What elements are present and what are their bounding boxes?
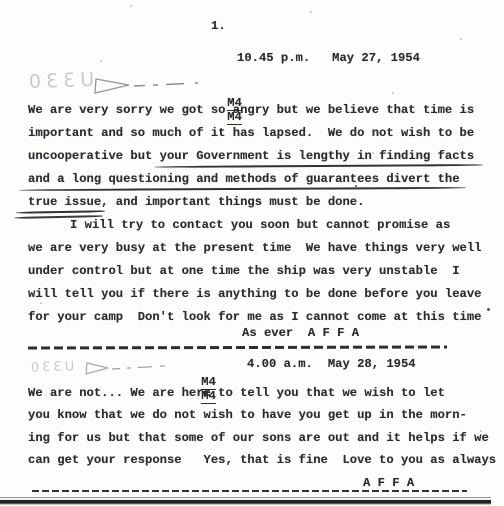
message1-para1-line2: important and so much of it has lapsed. … [28,126,474,140]
line3-plain-text: uncooperative but [28,149,160,163]
spacer [310,51,332,65]
message1-time: 10.45 p.m. [237,51,310,65]
message2-dateline: 4.00 a.m. May 28, 1954 [247,357,416,371]
scan-speckle [487,308,490,311]
scan-speckle [310,11,312,13]
scan-speckle [355,185,357,187]
message2-date: May 28, 1954 [328,357,416,371]
pencil-triangle-icon [86,363,108,374]
message2-time: 4.00 a.m. [247,357,313,371]
line5-underlined-text: true issue [28,195,101,209]
pencil-dash-trail [134,83,198,86]
bottom-divider-dashed [32,490,467,492]
message1-para1-line3: uncooperative but your Government is len… [28,149,474,163]
message1-para2-line1: I will try to contact you soon but canno… [70,218,450,232]
message1-para1-line4: and a long questioning and methods of gu… [28,172,460,186]
scan-speckle [372,152,374,154]
message1-para1-line1: We are very sorry we got so angry but we… [28,103,474,117]
spacer [313,357,328,371]
pencil-dash-trail [112,366,165,369]
line4-underlined-text: and a long questioning and methods of gu… [28,172,460,186]
message1-para1-line5: true issue, and important things must be… [28,195,364,209]
scan-speckle [100,60,102,62]
message2-para1-line1: We are not... We are here to tell you th… [28,386,445,400]
message1-date: May 27, 1954 [332,51,420,65]
scan-speckle [460,38,462,40]
line3-underlined-text: your Government is lengthy in finding fa… [160,149,475,163]
message1-para2-line4: will tell you if there is anything to be… [28,287,481,301]
scan-speckle [415,345,417,347]
section-divider-dashed [28,345,447,349]
scanned-letter-page: 1. 10.45 p.m. May 27, 1954 U330 M4 M4 We… [0,0,504,506]
scan-speckle [40,302,42,304]
message1-para2-line2: we are very busy at the present time We … [28,241,481,255]
message1-signoff: As ever A F F A [242,326,359,340]
pencil-triangle-icon [95,79,129,93]
page-number: 1. [211,19,226,33]
pencil-annotation [90,73,202,99]
message1-dateline: 10.45 p.m. May 27, 1954 [237,51,420,65]
handwritten-mark-u330: U330 [28,359,75,376]
pencil-annotation [83,360,169,378]
message2-signature: A F F A [363,476,414,490]
message1-para2-line5: for your camp Don't look for me as I can… [28,310,481,324]
message2-para1-line3: ing for us but that some of our sons are… [28,431,489,445]
bottom-border-line [0,497,491,505]
message2-para1-line4: can get your response Yes, that is fine … [28,453,496,467]
scan-speckle [480,430,482,432]
scan-speckle [130,5,132,7]
message1-para2-line3: under control but at one time the ship w… [28,264,460,278]
handwritten-mark-u330: U330 [24,69,95,93]
scan-speckle [392,92,394,94]
message2-para1-line2: you know that we do not wish to have you… [28,408,467,422]
line5-plain-text: , and important things must be done. [101,195,364,209]
